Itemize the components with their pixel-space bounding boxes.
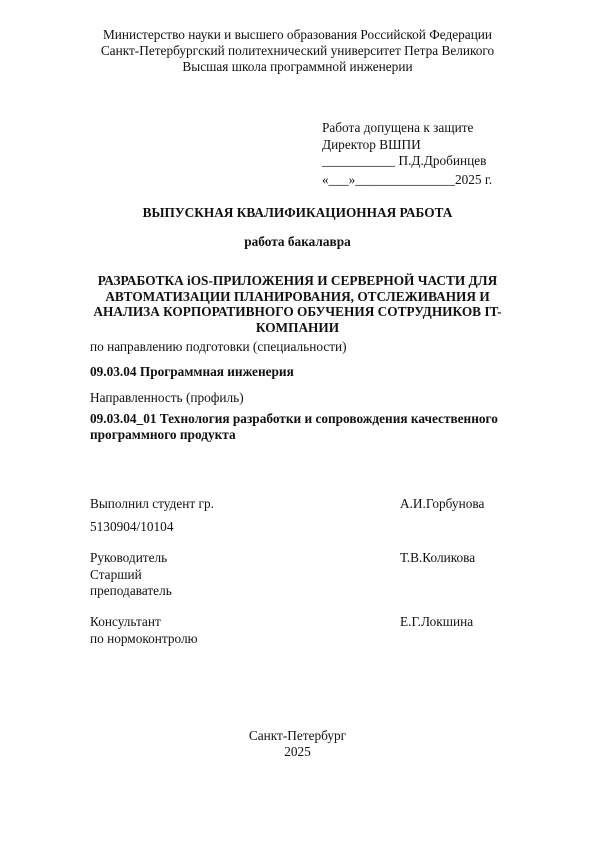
student-group: 5130904/10104 — [90, 519, 173, 535]
student-name: А.И.Горбунова — [400, 496, 484, 512]
topic-line: АНАЛИЗА КОРПОРАТИВНОГО ОБУЧЕНИЯ СОТРУДНИ… — [0, 304, 595, 320]
year: 2025 — [0, 744, 595, 760]
role-line: Консультант — [90, 614, 198, 631]
profile-line: 09.03.04_01 Технология разработки и сопр… — [90, 411, 498, 427]
direction-label: по направлению подготовки (специальности… — [90, 339, 347, 355]
supervisor-role: Руководитель Старший преподаватель — [90, 550, 172, 600]
topic-line: АВТОМАТИЗАЦИИ ПЛАНИРОВАНИЯ, ОТСЛЕЖИВАНИЯ… — [0, 289, 595, 305]
role-line: преподаватель — [90, 583, 172, 600]
consultant-name: Е.Г.Локшина — [400, 614, 473, 631]
specialty: 09.03.04 Программная инженерия — [90, 364, 294, 380]
consultant-role: Консультант по нормоконтролю — [90, 614, 198, 647]
city: Санкт-Петербург — [0, 728, 595, 744]
approval-line: Работа допущена к защите — [322, 120, 492, 137]
degree-subtitle: работа бакалавра — [0, 234, 595, 250]
institution-header: Министерство науки и высшего образования… — [0, 27, 595, 75]
profile-value: 09.03.04_01 Технология разработки и сопр… — [90, 411, 498, 443]
topic-line: КОМПАНИИ — [0, 320, 595, 336]
topic-line: РАЗРАБОТКА iOS-ПРИЛОЖЕНИЯ И СЕРВЕРНОЙ ЧА… — [0, 273, 595, 289]
approval-date: «___»_______________2025 г. — [322, 172, 492, 189]
school-name: Высшая школа программной инженерии — [0, 59, 595, 75]
profile-line: программного продукта — [90, 427, 498, 443]
director-title: Директор ВШПИ — [322, 137, 492, 154]
director-signature: ___________ П.Д.Дробинцев — [322, 153, 492, 170]
student-role: Выполнил студент гр. — [90, 496, 214, 512]
thesis-topic: РАЗРАБОТКА iOS-ПРИЛОЖЕНИЯ И СЕРВЕРНОЙ ЧА… — [0, 273, 595, 335]
role-line: Старший — [90, 567, 172, 584]
approval-block: Работа допущена к защите Директор ВШПИ _… — [322, 120, 492, 188]
supervisor-name: Т.В.Коликова — [400, 550, 475, 567]
role-line: Руководитель — [90, 550, 172, 567]
ministry-name: Министерство науки и высшего образования… — [0, 27, 595, 43]
work-type-title: ВЫПУСКНАЯ КВАЛИФИКАЦИОННАЯ РАБОТА — [0, 205, 595, 221]
profile-label: Направленность (профиль) — [90, 390, 244, 406]
role-line: по нормоконтролю — [90, 631, 198, 648]
university-name: Санкт-Петербургский политехнический унив… — [0, 43, 595, 59]
